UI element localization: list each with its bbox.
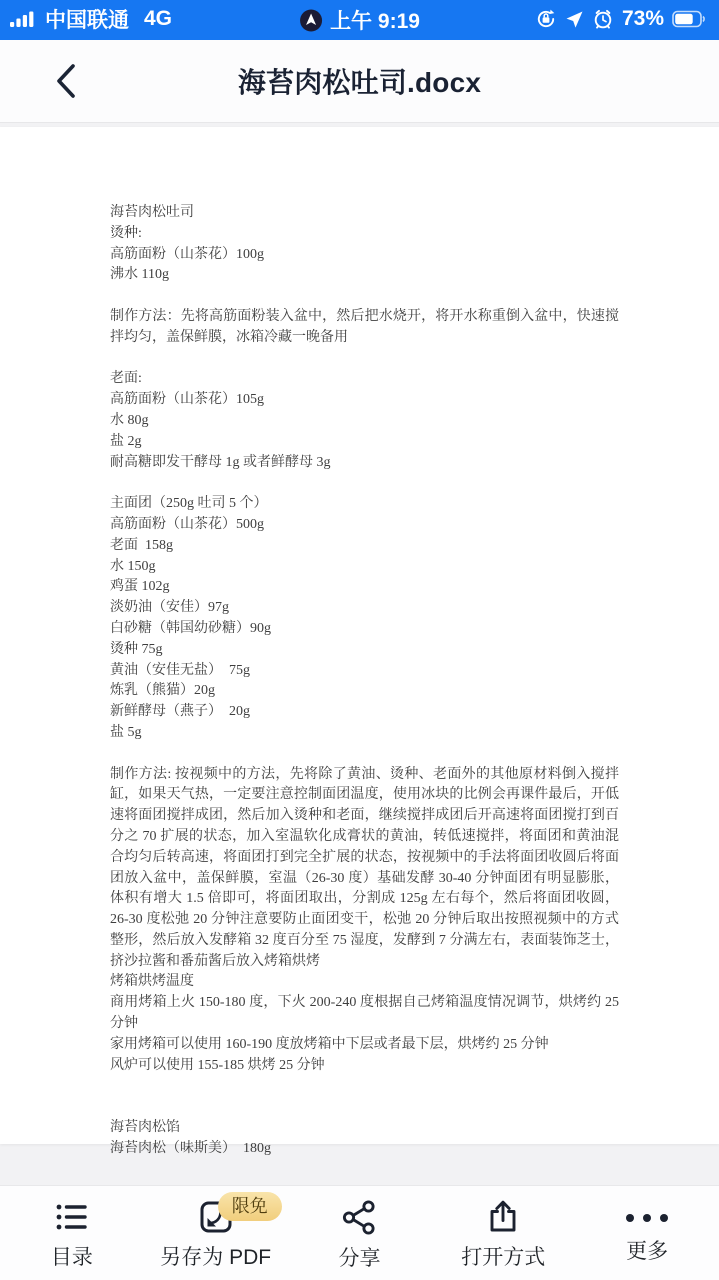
toc-button[interactable]: 目录 — [0, 1186, 144, 1280]
doc-line — [110, 744, 619, 765]
doc-line: 制作方法：先将高筋面粉装入盆中，然后把水烧开，将开水称重倒入盆中，快速搅拌均匀，… — [110, 307, 619, 349]
alarm-clock-icon — [592, 8, 614, 30]
share-button[interactable]: 分享 — [288, 1186, 432, 1280]
doc-line — [110, 473, 619, 494]
doc-line: 黄油（安佳无盐） 75g — [110, 661, 619, 682]
clock-label: 上午 9:19 — [330, 5, 420, 35]
open-with-icon — [485, 1199, 521, 1235]
doc-line: 淡奶油（安佳）97g — [110, 598, 619, 619]
doc-line: 海苔肉松馅 — [110, 1118, 619, 1139]
doc-line: 盐 2g — [110, 432, 619, 453]
doc-line: 主面团（250g 吐司 5 个） — [110, 494, 619, 515]
doc-line: 高筋面粉（山茶花）100g — [110, 245, 619, 266]
battery-icon — [672, 10, 707, 28]
doc-line: 水 80g — [110, 411, 619, 432]
document-page: 海苔肉松吐司烫种:高筋面粉（山茶花）100g沸水 110g 制作方法：先将高筋面… — [0, 127, 719, 1144]
doc-line: 白砂糖（韩国幼砂糖）90g — [110, 619, 619, 640]
document-title: 海苔肉松吐司.docx — [238, 61, 481, 101]
doc-line: 水 150g — [110, 557, 619, 578]
save-as-pdf-button[interactable]: 限免 另存为 PDF — [144, 1186, 288, 1280]
doc-line: 盐 5g — [110, 723, 619, 744]
doc-line: 老面 158g — [110, 536, 619, 557]
doc-line: 海苔肉松（味斯美） 180g — [110, 1139, 619, 1160]
orientation-lock-icon — [535, 8, 557, 30]
chevron-left-icon — [53, 61, 79, 101]
network-type-label: 4G — [144, 7, 172, 31]
limited-free-badge: 限免 — [218, 1192, 282, 1221]
status-bar: 中国联通 4G 上午 9:19 — [0, 0, 719, 40]
document-text: 海苔肉松吐司烫种:高筋面粉（山茶花）100g沸水 110g 制作方法：先将高筋面… — [110, 203, 619, 1160]
doc-line: 制作方法: 按视频中的方法，先将除了黄油、烫种、老面外的其他原材料倒入搅拌缸，如… — [110, 765, 619, 973]
more-button[interactable]: 更多 — [575, 1186, 719, 1280]
more-dots-icon — [624, 1199, 670, 1224]
doc-line: 新鲜酵母（燕子） 20g — [110, 702, 619, 723]
doc-line: 沸水 110g — [110, 265, 619, 286]
doc-line: 高筋面粉（山茶花）105g — [110, 390, 619, 411]
battery-percent-label: 73% — [622, 7, 664, 31]
open-with-label: 打开方式 — [461, 1241, 545, 1271]
more-label: 更多 — [626, 1235, 668, 1265]
doc-line: 商用烤箱上火 150-180 度，下火 200-240 度根据自己烤箱温度情况调… — [110, 993, 619, 1035]
doc-line: 鸡蛋 102g — [110, 577, 619, 598]
navigation-active-icon — [299, 9, 322, 32]
doc-line: 烫种: — [110, 224, 619, 245]
doc-line — [110, 1097, 619, 1118]
save-as-pdf-label: 另存为 PDF — [160, 1241, 271, 1271]
signal-bars-icon — [10, 10, 36, 28]
toc-list-icon — [54, 1199, 90, 1235]
open-with-button[interactable]: 打开方式 — [431, 1186, 575, 1280]
share-nodes-icon — [341, 1199, 378, 1236]
phone-screen: 中国联通 4G 上午 9:19 — [0, 0, 719, 1280]
back-button[interactable] — [46, 59, 86, 103]
doc-line — [110, 1076, 619, 1097]
doc-line: 耐高糖即发干酵母 1g 或者鲜酵母 3g — [110, 453, 619, 474]
toc-label: 目录 — [51, 1241, 93, 1271]
doc-line: 风炉可以使用 155-185 烘烤 25 分钟 — [110, 1056, 619, 1077]
doc-line: 烤箱烘烤温度 — [110, 972, 619, 993]
doc-line — [110, 349, 619, 370]
doc-line: 炼乳（熊猫）20g — [110, 681, 619, 702]
share-label: 分享 — [338, 1242, 380, 1272]
nav-bar: 海苔肉松吐司.docx — [0, 40, 719, 123]
doc-line: 家用烤箱可以使用 160-190 度放烤箱中下层或者最下层，烘烤约 25 分钟 — [110, 1035, 619, 1056]
doc-line — [110, 286, 619, 307]
doc-line: 海苔肉松吐司 — [110, 203, 619, 224]
document-viewport[interactable]: 海苔肉松吐司烫种:高筋面粉（山茶花）100g沸水 110g 制作方法：先将高筋面… — [0, 123, 719, 1185]
doc-line: 烫种 75g — [110, 640, 619, 661]
doc-line: 老面: — [110, 369, 619, 390]
doc-line: 高筋面粉（山茶花）500g — [110, 515, 619, 536]
location-arrow-icon — [565, 10, 584, 29]
carrier-label: 中国联通 — [45, 4, 129, 34]
bottom-toolbar: 目录 限免 另存为 PDF 分享 — [0, 1185, 719, 1280]
